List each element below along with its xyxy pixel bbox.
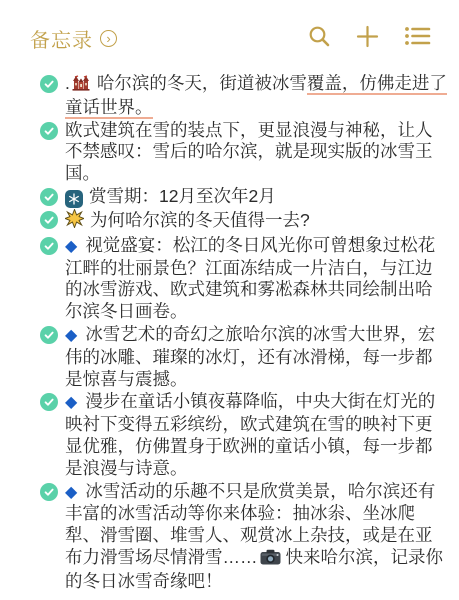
- text-line: 尔滨冬日画卷。: [65, 301, 442, 323]
- item-text: ◆冰雪活动的乐趣不只是欣赏美景，哈尔滨还有 丰富的冰雪活动等你来体验：抽冰尜、坐…: [65, 481, 442, 593]
- text-line: ◆冰雪活动的乐趣不只是欣赏美景，哈尔滨还有: [65, 481, 442, 504]
- item-text: ◆冰雪艺术的奇幻之旅哈尔滨的冰雪大世界，宏 伟的冰雕、璀璨的冰灯，还有冰滑梯，每…: [65, 324, 442, 390]
- blue-diamond-icon: ◆: [65, 236, 77, 258]
- text-line: 映衬下变得五彩缤纷，欧式建筑在雪的映衬下更: [65, 414, 442, 436]
- item-text: 赏雪期：12月至次年2月: [65, 186, 442, 208]
- snowflake-icon: [65, 190, 83, 208]
- text-line: ◆冰雪艺术的奇幻之旅哈尔滨的冰雪大世界，宏: [65, 324, 442, 347]
- item-text: 为何哈尔滨的冬天值得一去?: [65, 209, 442, 234]
- checkbox-checked-icon[interactable]: [40, 237, 58, 255]
- text-segment: 哈尔滨的冬天，街道被冰雪: [97, 73, 307, 93]
- text-line: 是惊喜与震撼。: [65, 369, 442, 391]
- text-line: 的冰雪游戏、欧式建筑和雾凇森林共同绘制出哈: [65, 279, 442, 301]
- checklist-item: ◆冰雪活动的乐趣不只是欣赏美景，哈尔滨还有 丰富的冰雪活动等你来体验：抽冰尜、坐…: [40, 481, 442, 593]
- blue-diamond-icon: ◆: [65, 482, 77, 504]
- blue-diamond-icon: ◆: [65, 325, 77, 347]
- chevron-right-icon[interactable]: ›: [100, 30, 117, 47]
- checklist-item: ◆视觉盛宴：松江的冬日风光你可曾想象过松花 江畔的壮丽景色？江面冻结成一片洁白，…: [40, 235, 442, 323]
- checklist-item: .哈尔滨的冬天，街道被冰雪覆盖，仿佛走进了 童话世界。: [40, 73, 442, 119]
- text-line: 伟的冰雕、璀璨的冰灯，还有冰滑梯，每一步都: [65, 347, 442, 369]
- list-view-icon[interactable]: [404, 25, 431, 52]
- checkbox-checked-icon[interactable]: [40, 211, 58, 229]
- underlined-text: 覆盖，仿佛走进了: [307, 73, 447, 95]
- blue-diamond-icon: ◆: [65, 392, 77, 414]
- star-icon: [65, 209, 84, 234]
- page-title: 备忘录: [30, 24, 93, 53]
- castle-icon: [71, 73, 91, 97]
- text-segment: .: [65, 73, 70, 93]
- text-line: 显优雅，仿佛置身于欧洲的童话小镇，每一步都: [65, 436, 442, 458]
- underlined-text: 童话世界。: [65, 97, 153, 119]
- text-line: 布力滑雪场尽情滑雪……快来哈尔滨，记录你: [65, 547, 442, 571]
- checklist-item: 为何哈尔滨的冬天值得一去?: [40, 209, 442, 234]
- checklist-item: ◆漫步在童话小镇夜幕降临，中央大街在灯光的 映衬下变得五彩缤纷，欧式建筑在雪的映…: [40, 391, 442, 479]
- text-line: 江畔的壮丽景色？江面冻结成一片洁白，与江边: [65, 258, 442, 280]
- text-line: 丰富的冰雪活动等你来体验：抽冰尜、坐冰爬: [65, 503, 442, 525]
- item-text: ◆视觉盛宴：松江的冬日风光你可曾想象过松花 江畔的壮丽景色？江面冻结成一片洁白，…: [65, 235, 442, 323]
- text-segment: 布力滑雪场尽情滑雪……: [65, 547, 258, 567]
- header: 备忘录 ›: [0, 0, 459, 59]
- checklist-item: 赏雪期：12月至次年2月: [40, 186, 442, 208]
- text-segment: 为何哈尔滨的冬天值得一去?: [90, 210, 310, 230]
- text-segment: 冰雪活动的乐趣不只是欣赏美景，哈尔滨还有: [85, 481, 435, 501]
- header-toolbar: [308, 25, 431, 53]
- add-icon[interactable]: [356, 25, 379, 53]
- item-text: ◆漫步在童话小镇夜幕降临，中央大街在灯光的 映衬下变得五彩缤纷，欧式建筑在雪的映…: [65, 391, 442, 479]
- note-content[interactable]: .哈尔滨的冬天，街道被冰雪覆盖，仿佛走进了 童话世界。 欧式建筑在雪的装点下，更…: [0, 59, 459, 593]
- text-line: 赏雪期：12月至次年2月: [65, 186, 442, 208]
- checkbox-checked-icon[interactable]: [40, 122, 58, 140]
- item-text: .哈尔滨的冬天，街道被冰雪覆盖，仿佛走进了 童话世界。: [65, 73, 442, 119]
- text-segment: 快来哈尔滨，记录你: [286, 547, 444, 567]
- camera-icon: [260, 549, 281, 571]
- text-line: 为何哈尔滨的冬天值得一去?: [65, 209, 442, 234]
- text-line: 是浪漫与诗意。: [65, 458, 442, 480]
- text-line: 国。: [65, 163, 442, 185]
- memo-app-screen: 备忘录 › .哈尔滨的冬天，街道被冰雪覆盖，仿佛走进了 童话世界。: [0, 0, 459, 600]
- checklist-item: ◆冰雪艺术的奇幻之旅哈尔滨的冰雪大世界，宏 伟的冰雕、璀璨的冰灯，还有冰滑梯，每…: [40, 324, 442, 390]
- text-segment: 赏雪期：12月至次年2月: [89, 186, 276, 206]
- checkbox-checked-icon[interactable]: [40, 188, 58, 206]
- search-icon[interactable]: [308, 25, 331, 53]
- notes-folder-button[interactable]: 备忘录 ›: [30, 24, 117, 53]
- text-line: 童话世界。: [65, 97, 442, 119]
- text-line: ◆漫步在童话小镇夜幕降临，中央大街在灯光的: [65, 391, 442, 414]
- checkbox-checked-icon[interactable]: [40, 75, 58, 93]
- text-line: 的冬日冰雪奇缘吧！: [65, 571, 442, 593]
- text-segment: 视觉盛宴：松江的冬日风光你可曾想象过松花: [85, 235, 435, 255]
- text-line: 不禁感叹：雪后的哈尔滨，就是现实版的冰雪王: [65, 141, 442, 163]
- text-segment: 漫步在童话小镇夜幕降临，中央大街在灯光的: [85, 391, 435, 411]
- checklist-item: 欧式建筑在雪的装点下，更显浪漫与神秘，让人 不禁感叹：雪后的哈尔滨，就是现实版的…: [40, 120, 442, 185]
- text-segment: 冰雪艺术的奇幻之旅哈尔滨的冰雪大世界，宏: [85, 324, 435, 344]
- item-text: 欧式建筑在雪的装点下，更显浪漫与神秘，让人 不禁感叹：雪后的哈尔滨，就是现实版的…: [65, 120, 442, 185]
- checkbox-checked-icon[interactable]: [40, 483, 58, 501]
- text-line: 欧式建筑在雪的装点下，更显浪漫与神秘，让人: [65, 120, 442, 142]
- text-line: .哈尔滨的冬天，街道被冰雪覆盖，仿佛走进了: [65, 73, 442, 97]
- text-line: 犁、滑雪圈、堆雪人、观赏冰上杂技，或是在亚: [65, 525, 442, 547]
- checkbox-checked-icon[interactable]: [40, 326, 58, 344]
- text-line: ◆视觉盛宴：松江的冬日风光你可曾想象过松花: [65, 235, 442, 258]
- checkbox-checked-icon[interactable]: [40, 393, 58, 411]
